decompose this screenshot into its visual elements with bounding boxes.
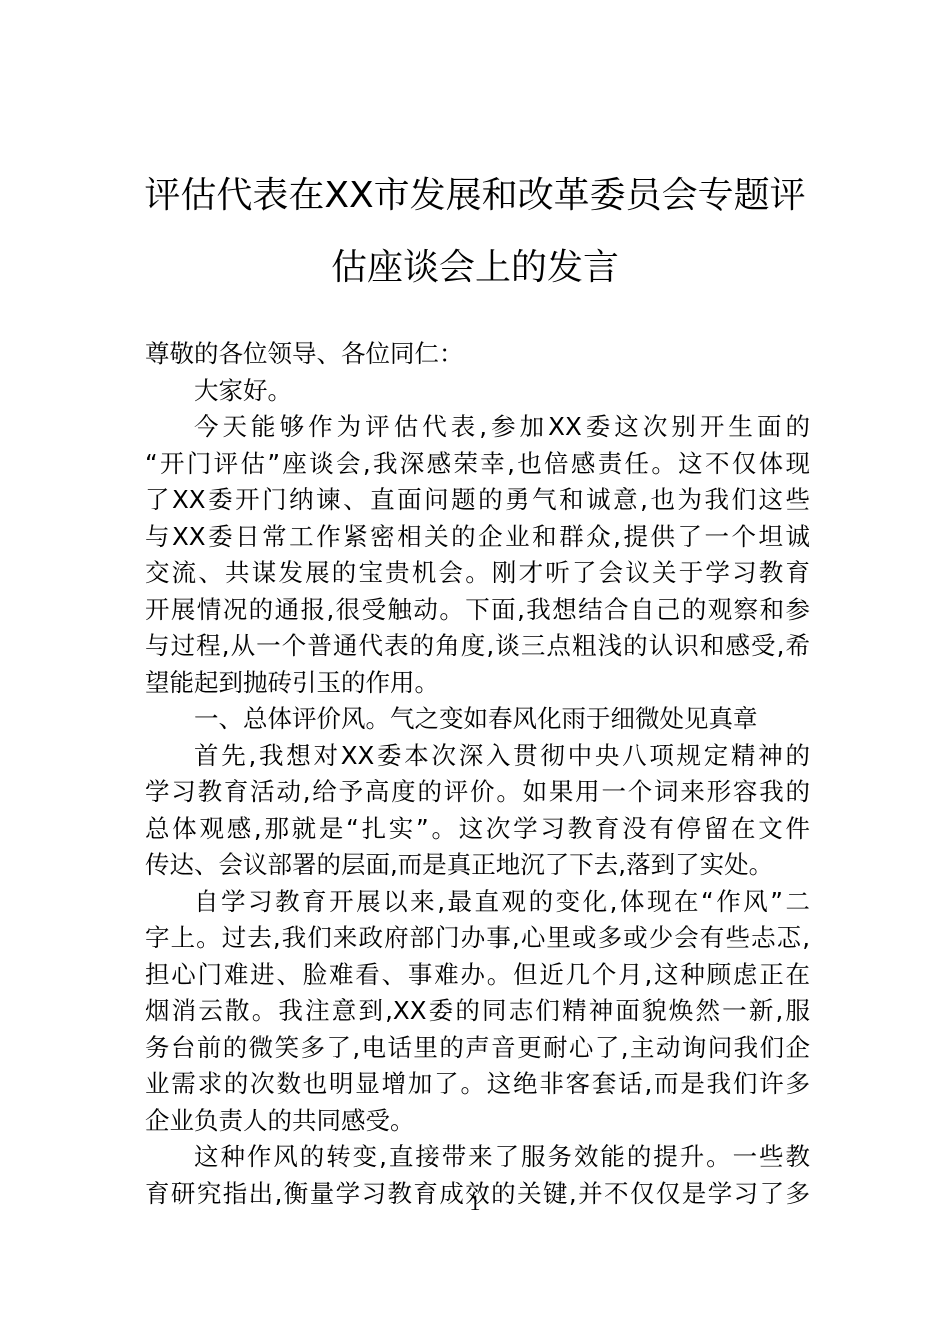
paragraph-line: 首先,我想对XX委本次深入贯彻中央八项规定精神的	[145, 738, 810, 775]
document-title: 评估代表在XX市发展和改革委员会专题评 估座谈会上的发言	[140, 160, 810, 304]
paragraph-line: 学习教育活动,给予高度的评价。如果用一个词来形容我的	[145, 774, 810, 811]
paragraph-intro: 今天能够作为评估代表,参加XX委这次别开生面的 “开门评估”座谈会,我深感荣幸,…	[145, 409, 810, 701]
paragraph-line: 务台前的微笑多了,电话里的声音更耐心了,主动询问我们企	[145, 1030, 810, 1067]
paragraph-line: 今天能够作为评估代表,参加XX委这次别开生面的	[145, 409, 810, 446]
paragraph-line: 交流、共谋发展的宝贵机会。刚才听了会议关于学习教育	[145, 555, 810, 592]
paragraph-line: 了XX委开门纳谏、直面问题的勇气和诚意,也为我们这些	[145, 482, 810, 519]
paragraph-line: “开门评估”座谈会,我深感荣幸,也倍感责任。这不仅体现	[145, 446, 810, 483]
paragraph-line: 企业负责人的共同感受。	[145, 1103, 810, 1140]
paragraph-line: 烟消云散。我注意到,XX委的同志们精神面貌焕然一新,服	[145, 993, 810, 1030]
paragraph-line: 与XX委日常工作紧密相关的企业和群众,提供了一个坦诚	[145, 519, 810, 556]
salutation: 尊敬的各位领导、各位同仁：	[145, 336, 810, 373]
paragraph-line: 与过程,从一个普通代表的角度,谈三点粗浅的认识和感受,希	[145, 628, 810, 665]
paragraph-line: 字上。过去,我们来政府部门办事,心里或多或少会有些忐忑,	[145, 920, 810, 957]
document-body: 尊敬的各位领导、各位同仁： 大家好。 今天能够作为评估代表,参加XX委这次别开生…	[145, 336, 810, 1212]
document-page: 评估代表在XX市发展和改革委员会专题评 估座谈会上的发言 尊敬的各位领导、各位同…	[0, 0, 950, 1344]
page-number: 1	[0, 1188, 950, 1218]
paragraph-line: 担心门难进、脸难看、事难办。但近几个月,这种顾虑正在	[145, 957, 810, 994]
paragraph-line: 总体观感,那就是“扎实”。这次学习教育没有停留在文件	[145, 811, 810, 848]
paragraph-line: 业需求的次数也明显增加了。这绝非客套话,而是我们许多	[145, 1066, 810, 1103]
paragraph-line: 自学习教育开展以来,最直观的变化,体现在“作风”二	[145, 884, 810, 921]
title-line: 评估代表在XX市发展和改革委员会专题评	[140, 160, 810, 232]
paragraph-line: 这种作风的转变,直接带来了服务效能的提升。一些教	[145, 1139, 810, 1176]
greeting-paragraph: 大家好。	[145, 373, 810, 410]
paragraph-evaluation: 首先,我想对XX委本次深入贯彻中央八项规定精神的 学习教育活动,给予高度的评价。…	[145, 738, 810, 884]
section-heading: 一、总体评价风。气之变如春风化雨于细微处见真章	[145, 701, 810, 738]
paragraph-line: 开展情况的通报,很受触动。下面,我想结合自己的观察和参	[145, 592, 810, 629]
paragraph-line: 传达、会议部署的层面,而是真正地沉了下去,落到了实处。	[145, 847, 810, 884]
paragraph-style-change: 自学习教育开展以来,最直观的变化,体现在“作风”二 字上。过去,我们来政府部门办…	[145, 884, 810, 1140]
paragraph-line: 望能起到抛砖引玉的作用。	[145, 665, 810, 702]
title-line: 估座谈会上的发言	[140, 232, 810, 304]
